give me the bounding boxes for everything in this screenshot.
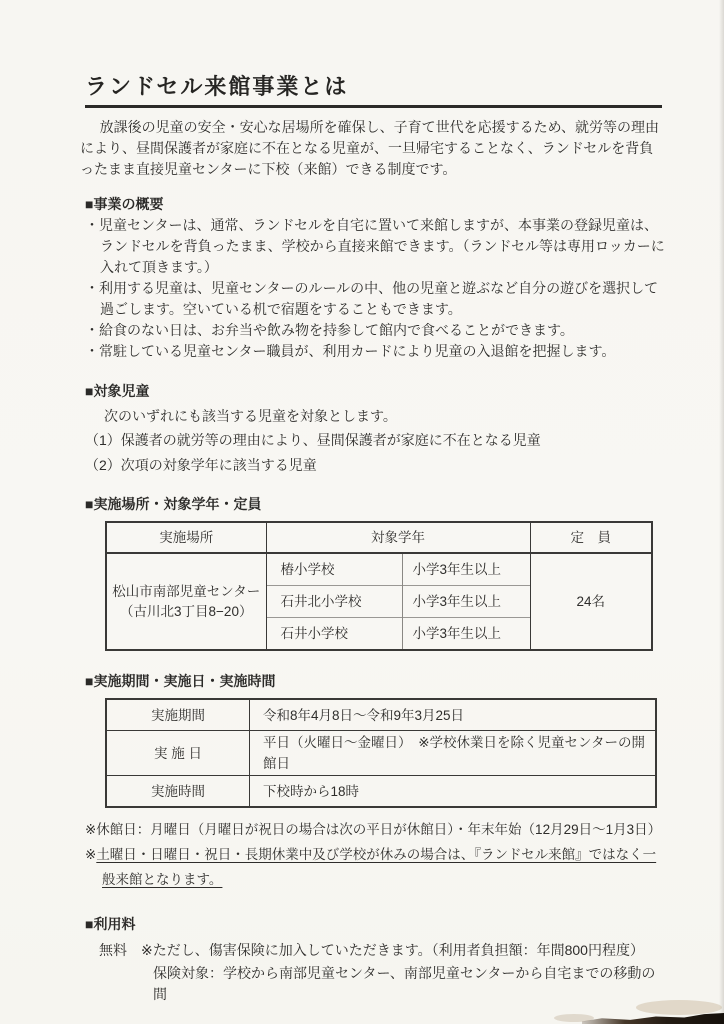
schedule-label: 実施時間 — [106, 776, 250, 808]
school-cell: 石井小学校 — [266, 618, 402, 651]
schedule-notes: ※休館日：月曜日（月曜日が祝日の場合は次の平日が休館日）・年末年始（12月29日… — [85, 817, 666, 892]
capacity-cell: 24名 — [530, 553, 652, 650]
target-condition-1: （1）保護者の就労等の理由により、昼間保護者が家庭に不在となる児童 — [85, 428, 666, 453]
schedule-table: 実施期間 令和8年4月8日～令和9年3月25日 実 施 日 平日（火曜日～金曜日… — [105, 698, 657, 808]
note-weekend-rule-text: 土曜日・日曜日・祝日・長期休業中及び学校が休みの場合は、『ランドセル来館』ではな… — [96, 847, 656, 887]
table-row: 実施期間 令和8年4月8日～令和9年3月25日 — [106, 699, 656, 731]
location-heading: ■実施場所・対象学年・定員 — [85, 494, 666, 515]
page-title: ランドセル来館事業とは — [85, 74, 662, 108]
schedule-label: 実施期間 — [106, 699, 250, 731]
fee-insurance-line: 保険対象：学校から南部児童センター、南部児童センターから自宅までの移動の間 — [85, 963, 666, 1005]
place-name: 松山市南部児童センター — [108, 582, 265, 602]
header-place: 実施場所 — [106, 522, 266, 553]
school-cell: 椿小学校 — [266, 553, 402, 586]
document-page: ランドセル来館事業とは 放課後の児童の安全・安心な居場所を確保し、子育て世代を応… — [0, 0, 724, 1005]
schedule-value: 平日（火曜日～金曜日） ※学校休業日を除く児童センターの開館日 — [250, 731, 657, 776]
location-table: 実施場所 対象学年 定 員 松山市南部児童センター （古川北3丁目8−20） 椿… — [105, 521, 653, 651]
bullet-item: ・児童センターは、通常、ランドセルを自宅に置いて来館しますが、本事業の登録児童は… — [85, 215, 666, 278]
fee-heading: ■利用料 — [85, 914, 666, 935]
section-overview: ■事業の概要 ・児童センターは、通常、ランドセルを自宅に置いて来館しますが、本事… — [80, 194, 666, 362]
section-location: ■実施場所・対象学年・定員 実施場所 対象学年 定 員 松山市南部児童センター … — [80, 494, 666, 651]
fee-free-line: 無料 ※ただし、傷害保険に加入していただきます。（利用者負担額：年間800円程度… — [85, 940, 666, 961]
target-children-lead: 次のいずれにも該当する児童を対象とします。 — [85, 405, 666, 428]
schedule-heading: ■実施期間・実施日・実施時間 — [85, 671, 666, 692]
table-row: 実 施 日 平日（火曜日～金曜日） ※学校休業日を除く児童センターの開館日 — [106, 731, 656, 776]
grade-cell: 小学3年生以上 — [402, 553, 530, 586]
section-schedule: ■実施期間・実施日・実施時間 実施期間 令和8年4月8日～令和9年3月25日 実… — [80, 671, 666, 892]
scan-artifact — [636, 1000, 722, 1015]
note-marker: ※ — [85, 847, 96, 862]
target-condition-2: （2）次項の対象学年に該当する児童 — [85, 453, 666, 478]
place-address: （古川北3丁目8−20） — [108, 602, 265, 622]
scan-edge-shadow — [719, 0, 724, 1024]
table-row: 松山市南部児童センター （古川北3丁目8−20） 椿小学校 小学3年生以上 24… — [106, 553, 652, 586]
bullet-item: ・常駐している児童センター職員が、利用カードにより児童の入退館を把握します。 — [85, 341, 666, 362]
grade-cell: 小学3年生以上 — [402, 586, 530, 618]
note-weekend-rule: ※土曜日・日曜日・祝日・長期休業中及び学校が休みの場合は、『ランドセル来館』では… — [85, 842, 666, 892]
intro-paragraph: 放課後の児童の安全・安心な居場所を確保し、子育て世代を応援するため、就労等の理由… — [80, 117, 666, 180]
bullet-item: ・給食のない日は、お弁当や飲み物を持参して館内で食べることができます。 — [85, 320, 666, 341]
overview-bullet-list: ・児童センターは、通常、ランドセルを自宅に置いて来館しますが、本事業の登録児童は… — [85, 215, 666, 362]
scanned-document: { "doc": { "title": "ランドセル来館事業とは", "intr… — [0, 0, 724, 1024]
section-target-children: ■対象児童 次のいずれにも該当する児童を対象とします。 （1）保護者の就労等の理… — [80, 380, 666, 478]
schedule-value: 令和8年4月8日～令和9年3月25日 — [250, 699, 657, 731]
bullet-item: ・利用する児童は、児童センターのルールの中、他の児童と遊ぶなど自分の遊びを選択し… — [85, 278, 666, 320]
scan-artifact — [582, 1012, 724, 1024]
note-closed-days: ※休館日：月曜日（月曜日が祝日の場合は次の平日が休館日）・年末年始（12月29日… — [85, 817, 666, 842]
grade-cell: 小学3年生以上 — [402, 618, 530, 651]
school-cell: 石井北小学校 — [266, 586, 402, 618]
location-table-header-row: 実施場所 対象学年 定 員 — [106, 522, 652, 553]
section-fee: ■利用料 無料 ※ただし、傷害保険に加入していただきます。（利用者負担額：年間8… — [80, 914, 666, 1005]
overview-heading: ■事業の概要 — [85, 194, 666, 215]
schedule-value: 下校時から18時 — [250, 776, 657, 808]
schedule-label: 実 施 日 — [106, 731, 250, 776]
header-grade: 対象学年 — [266, 522, 530, 553]
place-cell: 松山市南部児童センター （古川北3丁目8−20） — [106, 553, 266, 650]
target-children-heading: ■対象児童 — [85, 380, 666, 403]
header-capacity: 定 員 — [530, 522, 652, 553]
table-row: 実施時間 下校時から18時 — [106, 776, 656, 808]
